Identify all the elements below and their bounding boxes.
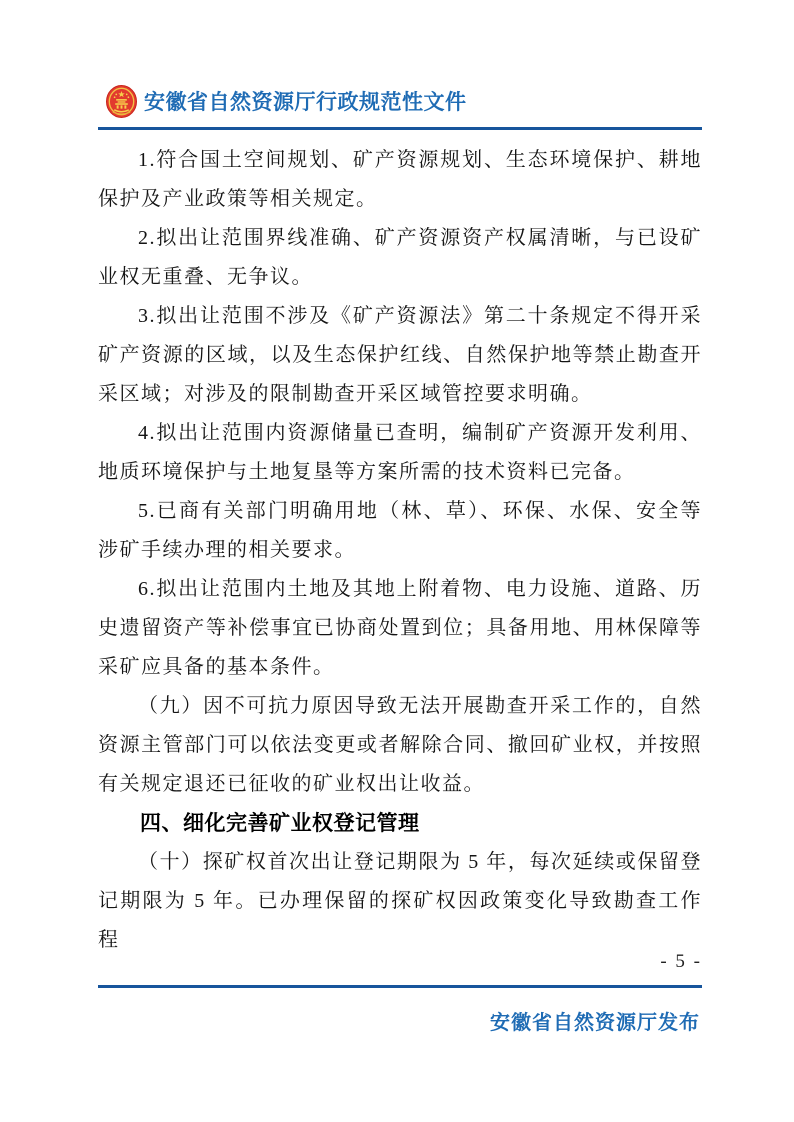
body-paragraph: 四、细化完善矿业权登记管理 xyxy=(98,804,702,843)
body-paragraph: （十）探矿权首次出让登记期限为 5 年，每次延续或保留登记期限为 5 年。已办理… xyxy=(98,843,702,960)
body-paragraph: 1.符合国土空间规划、矿产资源规划、生态环境保护、耕地保护及产业政策等相关规定。 xyxy=(98,141,702,219)
body-paragraph: 2.拟出让范围界线准确、矿产资源资产权属清晰，与已设矿业权无重叠、无争议。 xyxy=(98,219,702,297)
body-paragraph: 4.拟出让范围内资源储量已查明，编制矿产资源开发利用、地质环境保护与土地复垦等方… xyxy=(98,414,702,492)
body-paragraph: 6.拟出让范围内土地及其地上附着物、电力设施、道路、历史遗留资产等补偿事宜已协商… xyxy=(98,570,702,687)
body-paragraph: 3.拟出让范围不涉及《矿产资源法》第二十条规定不得开采矿产资源的区域，以及生态保… xyxy=(98,297,702,414)
footer-divider xyxy=(98,985,702,988)
document-header: 安徽省自然资源厅行政规范性文件 xyxy=(106,84,467,118)
page-number: - 5 - xyxy=(660,951,702,973)
body-paragraph: （九）因不可抗力原因导致无法开展勘查开采工作的，自然资源主管部门可以依法变更或者… xyxy=(98,687,702,804)
header-divider xyxy=(98,127,702,130)
body-paragraph: 5.已商有关部门明确用地（林、草）、环保、水保、安全等涉矿手续办理的相关要求。 xyxy=(98,492,702,570)
document-body: 1.符合国土空间规划、矿产资源规划、生态环境保护、耕地保护及产业政策等相关规定。… xyxy=(98,141,702,960)
national-emblem-icon xyxy=(106,85,137,118)
document-page: 安徽省自然资源厅行政规范性文件 1.符合国土空间规划、矿产资源规划、生态环境保护… xyxy=(0,0,794,1122)
header-title: 安徽省自然资源厅行政规范性文件 xyxy=(144,86,467,116)
publisher-label: 安徽省自然资源厅发布 xyxy=(490,1006,700,1035)
